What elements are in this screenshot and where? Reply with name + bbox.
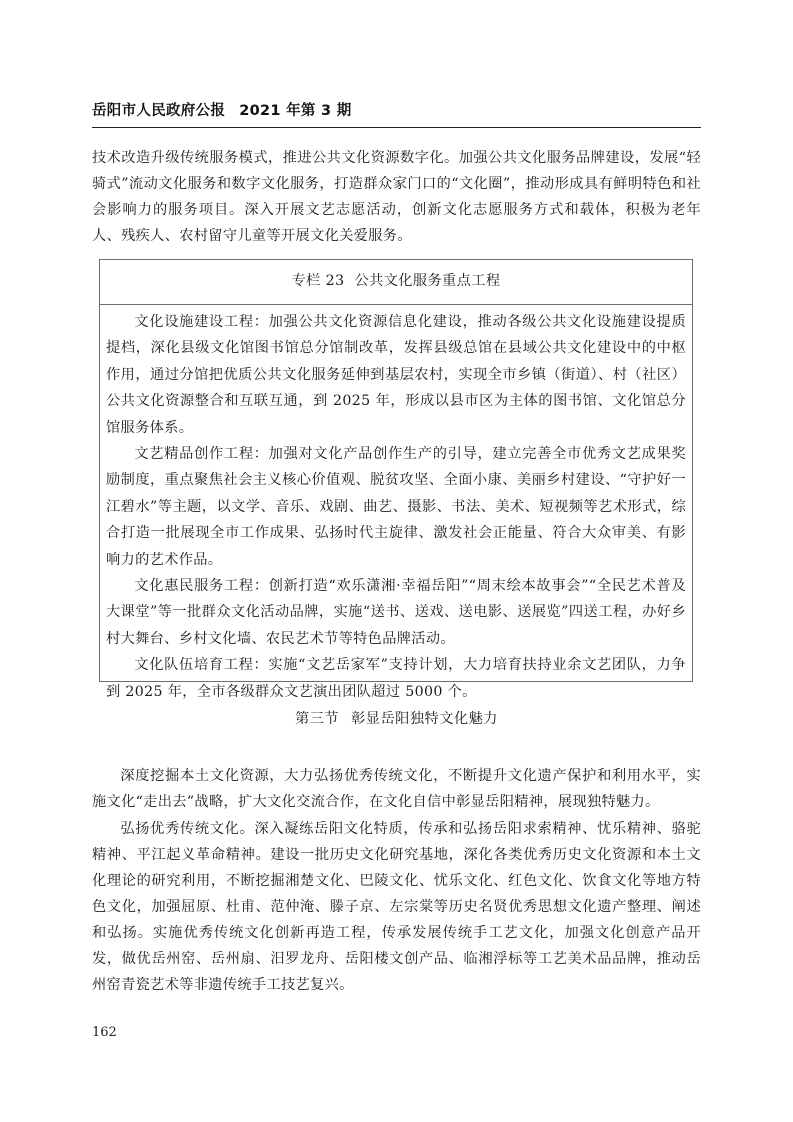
column-item-facilities: 文化设施建设工程：加强公共文化资源信息化建设，推动各级公共文化设施建设提质提档，…	[106, 309, 686, 441]
column-box: 专栏 23公共文化服务重点工程 文化设施建设工程：加强公共文化资源信息化建设，推…	[99, 259, 693, 682]
body-paragraph: 深度挖掘本土文化资源，大力弘扬优秀传统文化，不断提升文化遗产保护和利用水平，实施…	[92, 763, 701, 815]
column-box-body: 文化设施建设工程：加强公共文化资源信息化建设，推动各级公共文化设施建设提质提档，…	[100, 305, 692, 705]
intro-paragraph: 技术改造升级传统服务模式，推进公共文化资源数字化。加强公共文化服务品牌建设，发展…	[92, 145, 701, 249]
column-item-benefit: 文化惠民服务工程：创新打造“欢乐潇湘·幸福岳阳”“周末绘本故事会”“全民艺术普及…	[106, 573, 686, 652]
column-item-team: 文化队伍培育工程：实施“文艺岳家军”支持计划，大力培育扶持业余文艺团队，力争到 …	[106, 652, 686, 705]
body-paragraph: 弘扬优秀传统文化。深入凝练岳阳文化特质，传承和弘扬岳阳求索精神、忧乐精神、骆驼精…	[92, 816, 701, 998]
column-box-title: 专栏 23公共文化服务重点工程	[100, 260, 692, 305]
section-heading: 第三节彰显岳阳独特文化魅力	[92, 708, 701, 728]
page-number: 162	[92, 1025, 117, 1040]
column-item-creation: 文艺精品创作工程：加强对文化产品创作生产的引导，建立完善全市优秀文艺成果奖励制度…	[106, 441, 686, 573]
publication-title: 岳阳市人民政府公报	[92, 103, 225, 119]
column-number: 专栏 23	[292, 273, 345, 289]
section-title: 彰显岳阳独特文化魅力	[351, 711, 498, 727]
section-number: 第三节	[295, 711, 339, 727]
issue-number: 2021 年第 3 期	[239, 103, 351, 119]
column-title: 公共文化服务重点工程	[355, 273, 501, 289]
page-header: 岳阳市人民政府公报2021 年第 3 期	[92, 99, 701, 120]
header-rule	[92, 127, 701, 128]
